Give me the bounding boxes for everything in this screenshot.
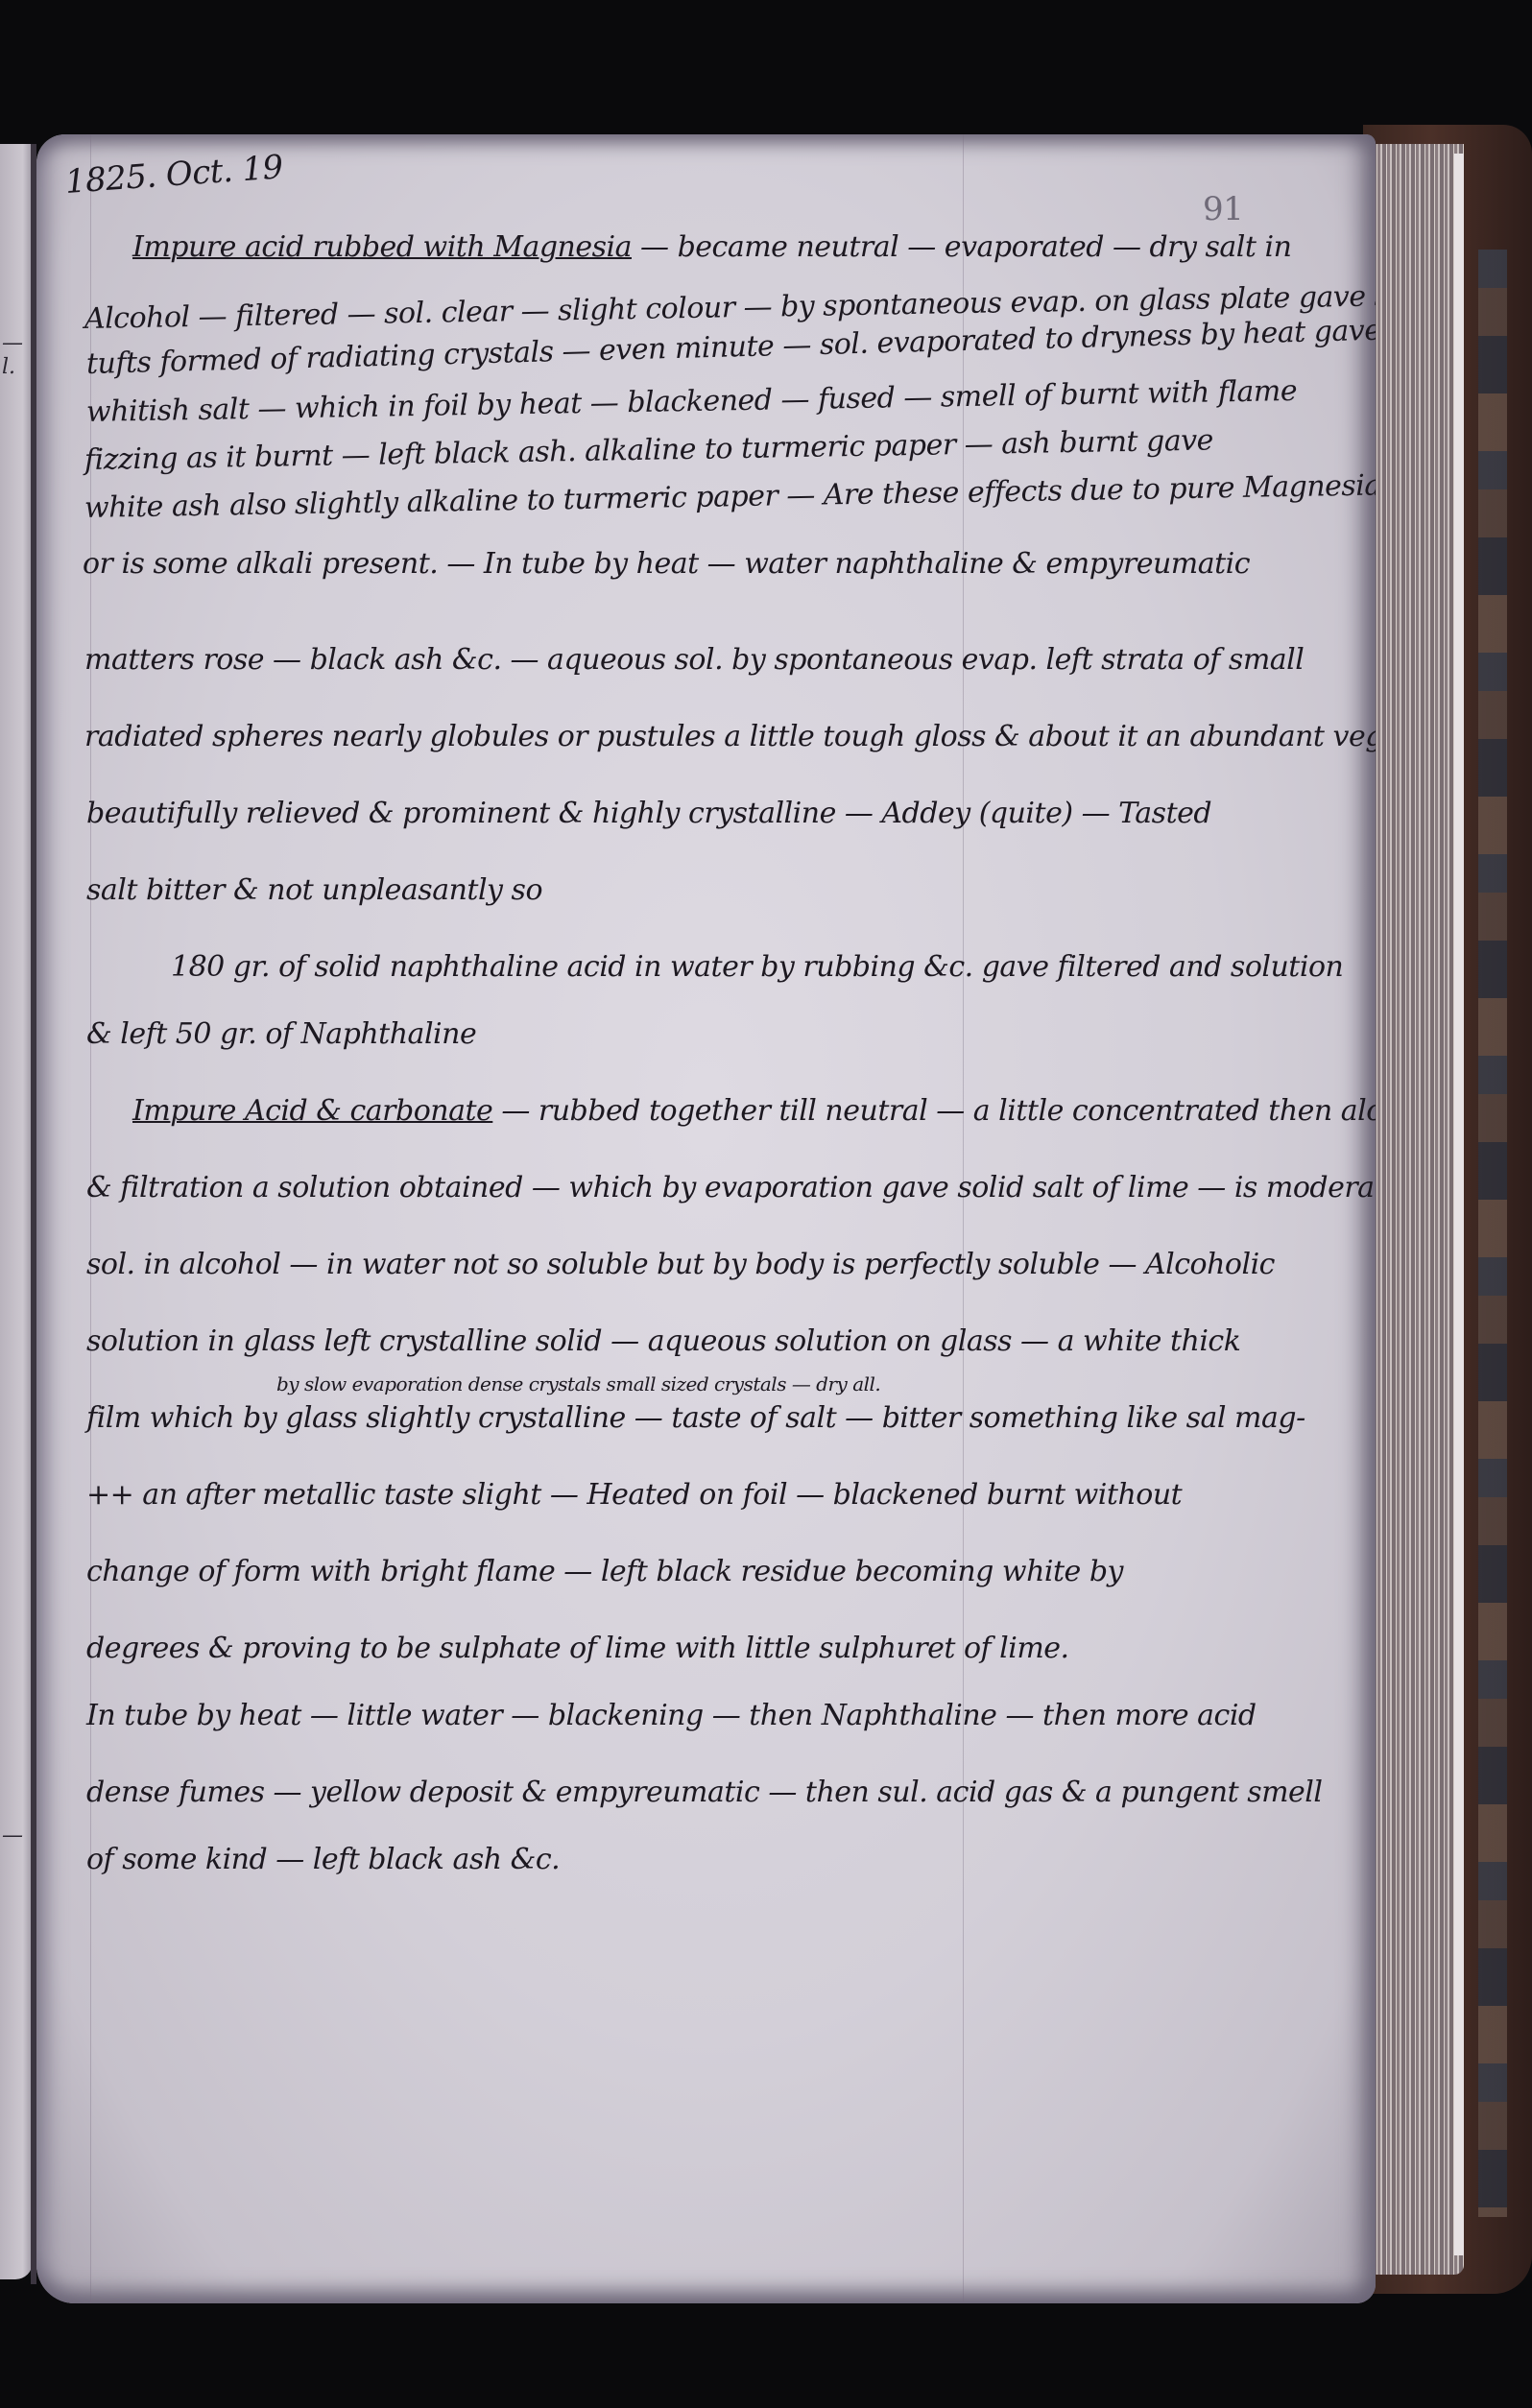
manuscript-line: dense fumes — yellow deposit & empyreuma… bbox=[86, 1776, 1322, 1809]
endpaper-edge bbox=[1454, 154, 1464, 2255]
manuscript-line: & filtration a solution obtained — which… bbox=[86, 1171, 1376, 1204]
manuscript-line: 180 gr. of solid naphthaline acid in wat… bbox=[171, 950, 1343, 984]
page-edges-stack bbox=[1368, 144, 1464, 2275]
underlined-heading: Impure acid rubbed with Magnesia bbox=[132, 230, 632, 264]
line-text: — rubbed together till neutral — a littl… bbox=[501, 1094, 1376, 1128]
manuscript-line: beautifully relieved & prominent & highl… bbox=[86, 797, 1211, 830]
manuscript-line: change of form with bright flame — left … bbox=[86, 1555, 1123, 1588]
manuscript-line: sol. in alcohol — in water not so solubl… bbox=[86, 1248, 1275, 1281]
manuscript-line: white ash also slightly alkaline to turm… bbox=[84, 468, 1376, 525]
facing-left-page: —l. — bbox=[0, 144, 33, 2279]
manuscript-line: radiated spheres nearly globules or pust… bbox=[84, 720, 1376, 753]
line-text: — became neutral — evaporated — dry salt… bbox=[640, 230, 1291, 264]
manuscript-line: degrees & proving to be sulphate of lime… bbox=[86, 1632, 1069, 1665]
manuscript-line: Impure Acid & carbonate — rubbed togethe… bbox=[132, 1094, 1376, 1128]
entry-date: 1825. Oct. 19 bbox=[64, 148, 284, 202]
manuscript-line: ++ an after metallic taste slight — Heat… bbox=[86, 1478, 1182, 1512]
manuscript-line: or is some alkali present. — In tube by … bbox=[83, 547, 1250, 581]
manuscript-line: Impure acid rubbed with Magnesia — becam… bbox=[132, 230, 1291, 264]
folio-number: 91 bbox=[1203, 190, 1243, 228]
manuscript-line: In tube by heat — little water — blacken… bbox=[86, 1699, 1257, 1732]
left-page-fragment: —l. bbox=[2, 331, 33, 379]
interlinear-insertion: by slow evaporation dense crystals small… bbox=[276, 1372, 880, 1395]
manuscript-line: whitish salt — which in foil by heat — b… bbox=[86, 374, 1298, 429]
manuscript-line: film which by glass slightly crystalline… bbox=[86, 1401, 1305, 1435]
manuscript-page: 1825. Oct. 19 91 Impure acid rubbed with… bbox=[36, 134, 1376, 2303]
left-page-fragment: — bbox=[2, 1824, 23, 1848]
manuscript-line: solution in glass left crystalline solid… bbox=[86, 1324, 1240, 1358]
manuscript-line: of some kind — left black ash &c. bbox=[86, 1843, 560, 1876]
manuscript-line: fizzing as it burnt — left black ash. al… bbox=[84, 423, 1214, 477]
manuscript-line: & left 50 gr. of Naphthaline bbox=[86, 1017, 476, 1051]
manuscript-line: salt bitter & not unpleasantly so bbox=[86, 873, 542, 907]
manuscript-line: matters rose — black ash &c. — aqueous s… bbox=[84, 643, 1304, 677]
cover-marbling bbox=[1478, 250, 1507, 2217]
underlined-heading: Impure Acid & carbonate bbox=[132, 1094, 492, 1128]
